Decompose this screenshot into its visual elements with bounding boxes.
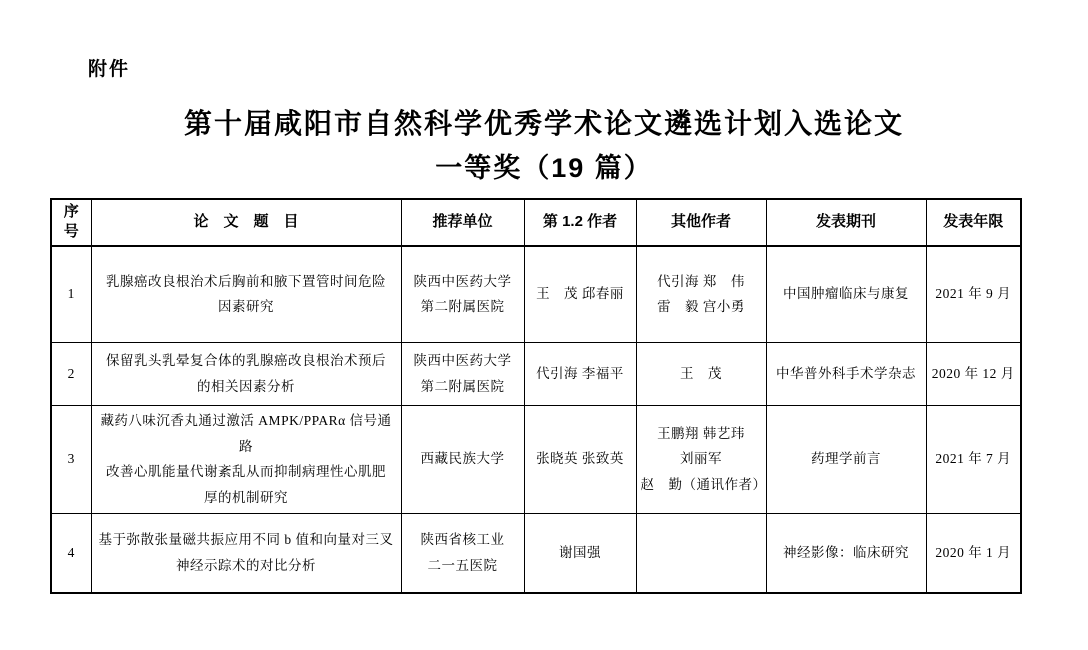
paper-title: 藏药八味沉香丸通过激活 AMPK/PPARα 信号通路 改善心肌能量代谢紊乱从而…	[91, 406, 401, 514]
other-authors: 王 茂	[636, 343, 766, 406]
first-second-authors: 谢国强	[524, 513, 636, 593]
document-title: 第十届咸阳市自然科学优秀学术论文遴选计划入选论文	[0, 102, 1088, 142]
journal: 药理学前言	[766, 406, 926, 514]
row-no: 1	[51, 246, 91, 343]
publication-year: 2021 年 7 月	[926, 406, 1021, 514]
row-no: 3	[51, 406, 91, 514]
paper-title: 保留乳头乳晕复合体的乳腺癌改良根治术预后 的相关因素分析	[91, 343, 401, 406]
table-header-row: 序 号 论 文 题 目 推荐单位 第 1.2 作者 其他作者 发表期刊 发表年限	[51, 199, 1021, 246]
first-second-authors: 张晓英 张致英	[524, 406, 636, 514]
table-row: 4 基于弥散张量磁共振应用不同 b 值和向量对三叉 神经示踪术的对比分析 陕西省…	[51, 513, 1021, 593]
table-row: 3 藏药八味沉香丸通过激活 AMPK/PPARα 信号通路 改善心肌能量代谢紊乱…	[51, 406, 1021, 514]
journal: 中华普外科手术学杂志	[766, 343, 926, 406]
recommending-unit: 陕西中医药大学 第二附属医院	[401, 343, 524, 406]
other-authors	[636, 513, 766, 593]
paper-title: 乳腺癌改良根治术后胸前和腋下置管时间危险 因素研究	[91, 246, 401, 343]
paper-title: 基于弥散张量磁共振应用不同 b 值和向量对三叉 神经示踪术的对比分析	[91, 513, 401, 593]
journal: 中国肿瘤临床与康复	[766, 246, 926, 343]
recommending-unit: 陕西中医药大学 第二附属医院	[401, 246, 524, 343]
first-second-authors: 王 茂 邱春丽	[524, 246, 636, 343]
first-second-authors: 代引海 李福平	[524, 343, 636, 406]
row-no: 2	[51, 343, 91, 406]
other-authors: 王鹏翔 韩艺玮 刘丽军 赵 勤（通讯作者）	[636, 406, 766, 514]
other-authors: 代引海 郑 伟 雷 毅 宫小勇	[636, 246, 766, 343]
header-no: 序 号	[51, 199, 91, 246]
header-journal: 发表期刊	[766, 199, 926, 246]
publication-year: 2020 年 12 月	[926, 343, 1021, 406]
publication-year: 2020 年 1 月	[926, 513, 1021, 593]
table-row: 2 保留乳头乳晕复合体的乳腺癌改良根治术预后 的相关因素分析 陕西中医药大学 第…	[51, 343, 1021, 406]
header-recommending-unit: 推荐单位	[401, 199, 524, 246]
recommending-unit: 陕西省核工业 二一五医院	[401, 513, 524, 593]
header-paper-title: 论 文 题 目	[91, 199, 401, 246]
attachment-label: 附件	[88, 54, 130, 81]
publication-year: 2021 年 9 月	[926, 246, 1021, 343]
recommending-unit: 西藏民族大学	[401, 406, 524, 514]
papers-table: 序 号 论 文 题 目 推荐单位 第 1.2 作者 其他作者 发表期刊 发表年限…	[50, 198, 1022, 594]
document-subtitle: 一等奖（19 篇）	[0, 146, 1088, 185]
table-row: 1 乳腺癌改良根治术后胸前和腋下置管时间危险 因素研究 陕西中医药大学 第二附属…	[51, 246, 1021, 343]
header-first-second-authors: 第 1.2 作者	[524, 199, 636, 246]
header-publication-year: 发表年限	[926, 199, 1021, 246]
journal: 神经影像：临床研究	[766, 513, 926, 593]
row-no: 4	[51, 513, 91, 593]
header-other-authors: 其他作者	[636, 199, 766, 246]
